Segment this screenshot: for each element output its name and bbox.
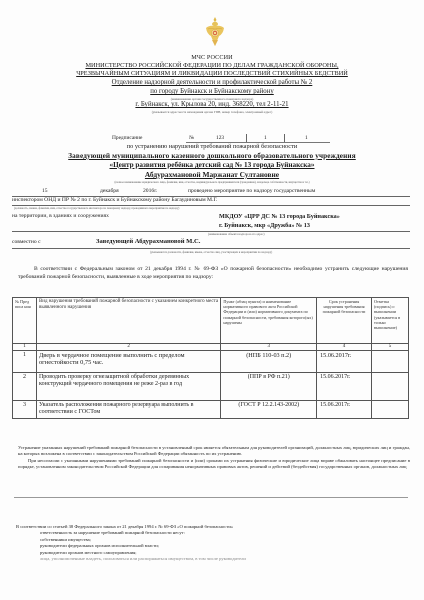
- territory-label: на территории, в зданиях и сооружениях: [12, 213, 109, 219]
- emercom-emblem-icon: [204, 16, 226, 48]
- mark-cell: [372, 401, 409, 419]
- object-name: МКДОУ «ЦРР ДС № 13 города Буйнакска»: [219, 213, 340, 220]
- inspection-month: декабря: [100, 188, 119, 194]
- table-row: 2 Проводить проверку огнезащитной обрабо…: [13, 373, 409, 401]
- underline: [12, 248, 410, 249]
- prescription-number: 123: [216, 135, 224, 141]
- table-row: 1 Дверь в чердачное помещение выполнить …: [13, 351, 409, 373]
- divider: [14, 497, 408, 498]
- column-number: 5: [372, 344, 409, 351]
- inspection-year: 2016г.: [143, 188, 157, 194]
- object-address: г. Буйнакск, мкр «Дружба» № 13: [219, 222, 310, 229]
- prescription-label: Предписание: [112, 135, 142, 141]
- mark-cell: [372, 351, 409, 373]
- violations-table: № Пред писа ния Вид нарушения требований…: [12, 297, 409, 419]
- department-line-2: по городу Буйнакск и Буйнакскому району: [0, 88, 424, 95]
- deadline-text: 15.06.2017г.: [317, 373, 372, 401]
- addressee-line-3: Абдурахмановой Маржанат Султановне: [0, 170, 424, 179]
- header-deadline: Срок устранения нарушения требования пож…: [317, 298, 372, 344]
- header-violation: Вид нарушения требований пожарной безопа…: [36, 298, 220, 344]
- inspection-text: проведено мероприятие по надзору государ…: [188, 188, 315, 194]
- reference-text: (ППР в РФ п.21): [221, 373, 317, 401]
- header-prescription-no: № Пред писа ния: [13, 298, 37, 344]
- violation-text: Проводить проверку огнезащитной обработк…: [36, 373, 220, 401]
- number-separator: [284, 134, 285, 142]
- notice-block: Устранение указанных нарушений требовани…: [18, 445, 410, 470]
- department-line-1: Отделение надзорной деятельности и профи…: [0, 79, 424, 86]
- column-number: 4: [317, 344, 372, 351]
- inspector-name: инспектором ОНД и ПР № 2 по г. Буйнакск …: [12, 197, 217, 203]
- object-caption: (наименование объекта надзора и его адре…: [0, 232, 424, 236]
- prescription-number-part-2: 1: [264, 135, 267, 141]
- table-header-row: № Пред писа ния Вид нарушения требований…: [13, 298, 409, 344]
- jointly-row: совместно с Заведующей Абдурахмановой М.…: [12, 239, 410, 249]
- inspector-row: инспектором ОНД и ПР № 2 по г. Буйнакск …: [12, 197, 410, 207]
- notice-paragraph-2: При несогласии с указанными нарушениями …: [18, 458, 410, 471]
- addressee-line-2: «Центр развития ребёнка детский сад № 13…: [0, 161, 424, 169]
- header-reference: Пункт (абзац пункта) и наименование норм…: [221, 298, 317, 344]
- addressee-caption: (полное наименование юридического лица, …: [0, 181, 424, 184]
- violation-text: Дверь в чердачное помещение выполнить с …: [36, 351, 220, 373]
- row-number: 2: [13, 373, 37, 401]
- ministry-line-1: МИНИСТЕРСТВО РОССИЙСКОЙ ФЕДЕРАЦИИ ПО ДЕЛ…: [0, 62, 424, 69]
- addressee-line-1: Заведующей муниципального казенного дошк…: [0, 152, 424, 160]
- row-number: 3: [13, 401, 37, 419]
- jointly-caption: (указываются должности, фамилия, имена, …: [0, 250, 424, 254]
- column-numbers-row: 1 2 3 4 5: [13, 344, 409, 351]
- row-number: 1: [13, 351, 37, 373]
- inspector-caption: (должность, звание, фамилия, имя, отчест…: [0, 207, 424, 210]
- notice-paragraph-1: Устранение указанных нарушений требовани…: [18, 445, 410, 458]
- violation-text: Указатель расположения пожарного резерву…: [36, 401, 220, 419]
- reference-text: (ГОСТ Р 12.2.143-2002): [221, 401, 317, 419]
- jointly-with: Заведующей Абдурахмановой М.С.: [96, 238, 200, 245]
- reference-text: (НПБ 110-03 п.2): [221, 351, 317, 373]
- agency-short-name: МЧС РОССИИ: [0, 54, 424, 61]
- jointly-label: совместно с: [12, 239, 41, 245]
- intro-paragraph: В соответствии с Федеральным законом от …: [18, 266, 408, 281]
- department-address: г. Буйнакск, ул. Крылова 20, инд. 368220…: [0, 101, 424, 108]
- column-number: 3: [221, 344, 317, 351]
- deadline-text: 15.06.2017г.: [317, 401, 372, 419]
- column-number: 2: [36, 344, 220, 351]
- liability-block: В соответствии со статьей 38 Федеральног…: [16, 524, 416, 562]
- mark-cell: [372, 373, 409, 401]
- address-caption: (указывается адрес места нахождения орга…: [0, 110, 424, 114]
- ministry-line-2: ЧРЕЗВЫЧАЙНЫМ СИТУАЦИЯМ И ЛИКВИДАЦИИ ПОСЛ…: [0, 70, 424, 77]
- inspection-day: 15: [42, 188, 48, 194]
- prescription-document: МЧС РОССИИ МИНИСТЕРСТВО РОССИЙСКОЙ ФЕДЕР…: [0, 0, 424, 600]
- prescription-subtitle: по устранению нарушений требований пожар…: [0, 143, 424, 150]
- table-row: 3 Указатель расположения пожарного резер…: [13, 401, 409, 419]
- prescription-number-part-3: 1: [305, 135, 308, 141]
- number-separator: [246, 134, 247, 142]
- liability-item: лица, уполномоченные владеть, пользовать…: [16, 556, 416, 562]
- deadline-text: 15.06.2017г.: [317, 351, 372, 373]
- column-number: 1: [13, 344, 37, 351]
- number-sign: №: [189, 135, 194, 141]
- header-mark: Отметка (подпись) о выполнении (указывае…: [372, 298, 409, 344]
